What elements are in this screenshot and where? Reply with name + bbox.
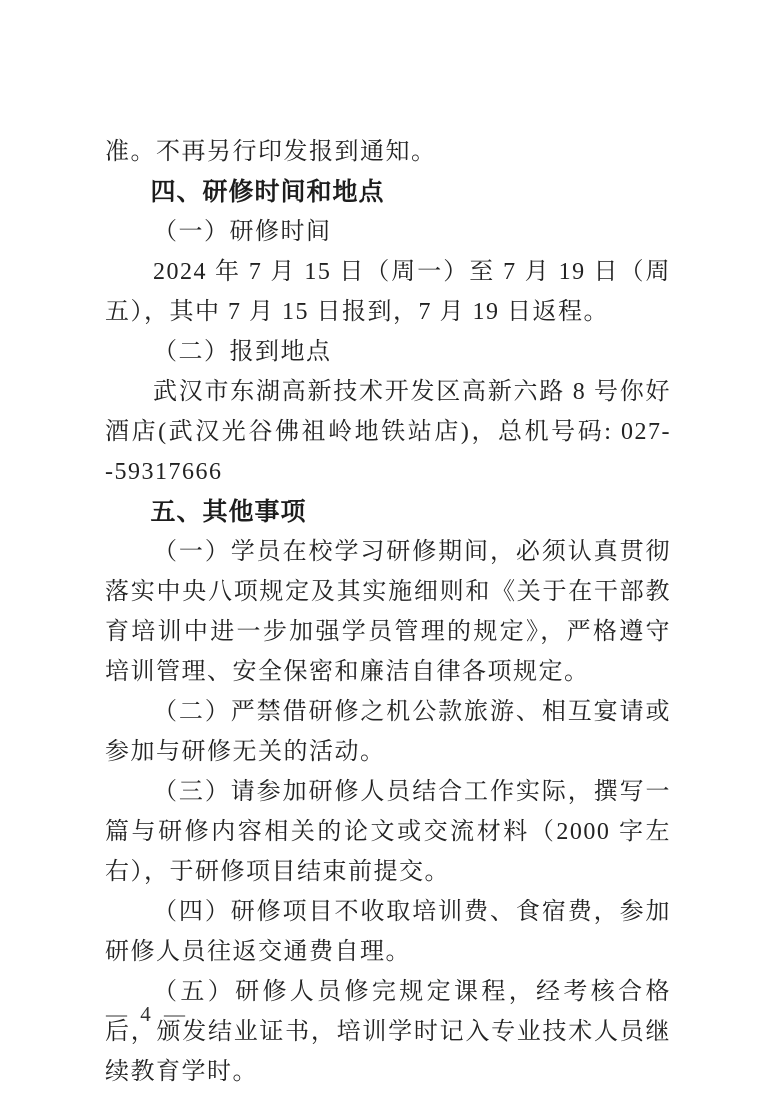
paragraph-other-item-4: （四）研修项目不收取培训费、食宿费，参加研修人员往返交通费自理。 (105, 892, 671, 972)
section-heading-5: 五、其他事项 (105, 492, 671, 532)
section-heading-4: 四、研修时间和地点 (105, 172, 671, 212)
page-number: — 4 — (106, 1000, 189, 1028)
paragraph-continuation: 准。不再另行印发报到通知。 (105, 132, 671, 172)
subheading-research-time: （一）研修时间 (105, 212, 671, 252)
document-page: 准。不再另行印发报到通知。 四、研修时间和地点 （一）研修时间 2024 年 7… (0, 0, 773, 1101)
subheading-checkin-location: （二）报到地点 (105, 332, 671, 372)
paragraph-other-item-5: （五）研修人员修完规定课程，经考核合格后，颁发结业证书，培训学时记入专业技术人员… (105, 972, 671, 1092)
paragraph-research-dates: 2024 年 7 月 15 日（周一）至 7 月 19 日（周五），其中 7 月… (105, 252, 671, 332)
paragraph-other-item-1: （一）学员在校学习研修期间，必须认真贯彻落实中央八项规定及其实施细则和《关于在干… (105, 532, 671, 692)
paragraph-other-item-3: （三）请参加研修人员结合工作实际，撰写一篇与研修内容相关的论文或交流材料（200… (105, 772, 671, 892)
paragraph-hotel-address: 武汉市东湖高新技术开发区高新六路 8 号你好酒店(武汉光谷佛祖岭地铁站店)，总机… (105, 372, 671, 492)
paragraph-other-item-2: （二）严禁借研修之机公款旅游、相互宴请或参加与研修无关的活动。 (105, 692, 671, 772)
